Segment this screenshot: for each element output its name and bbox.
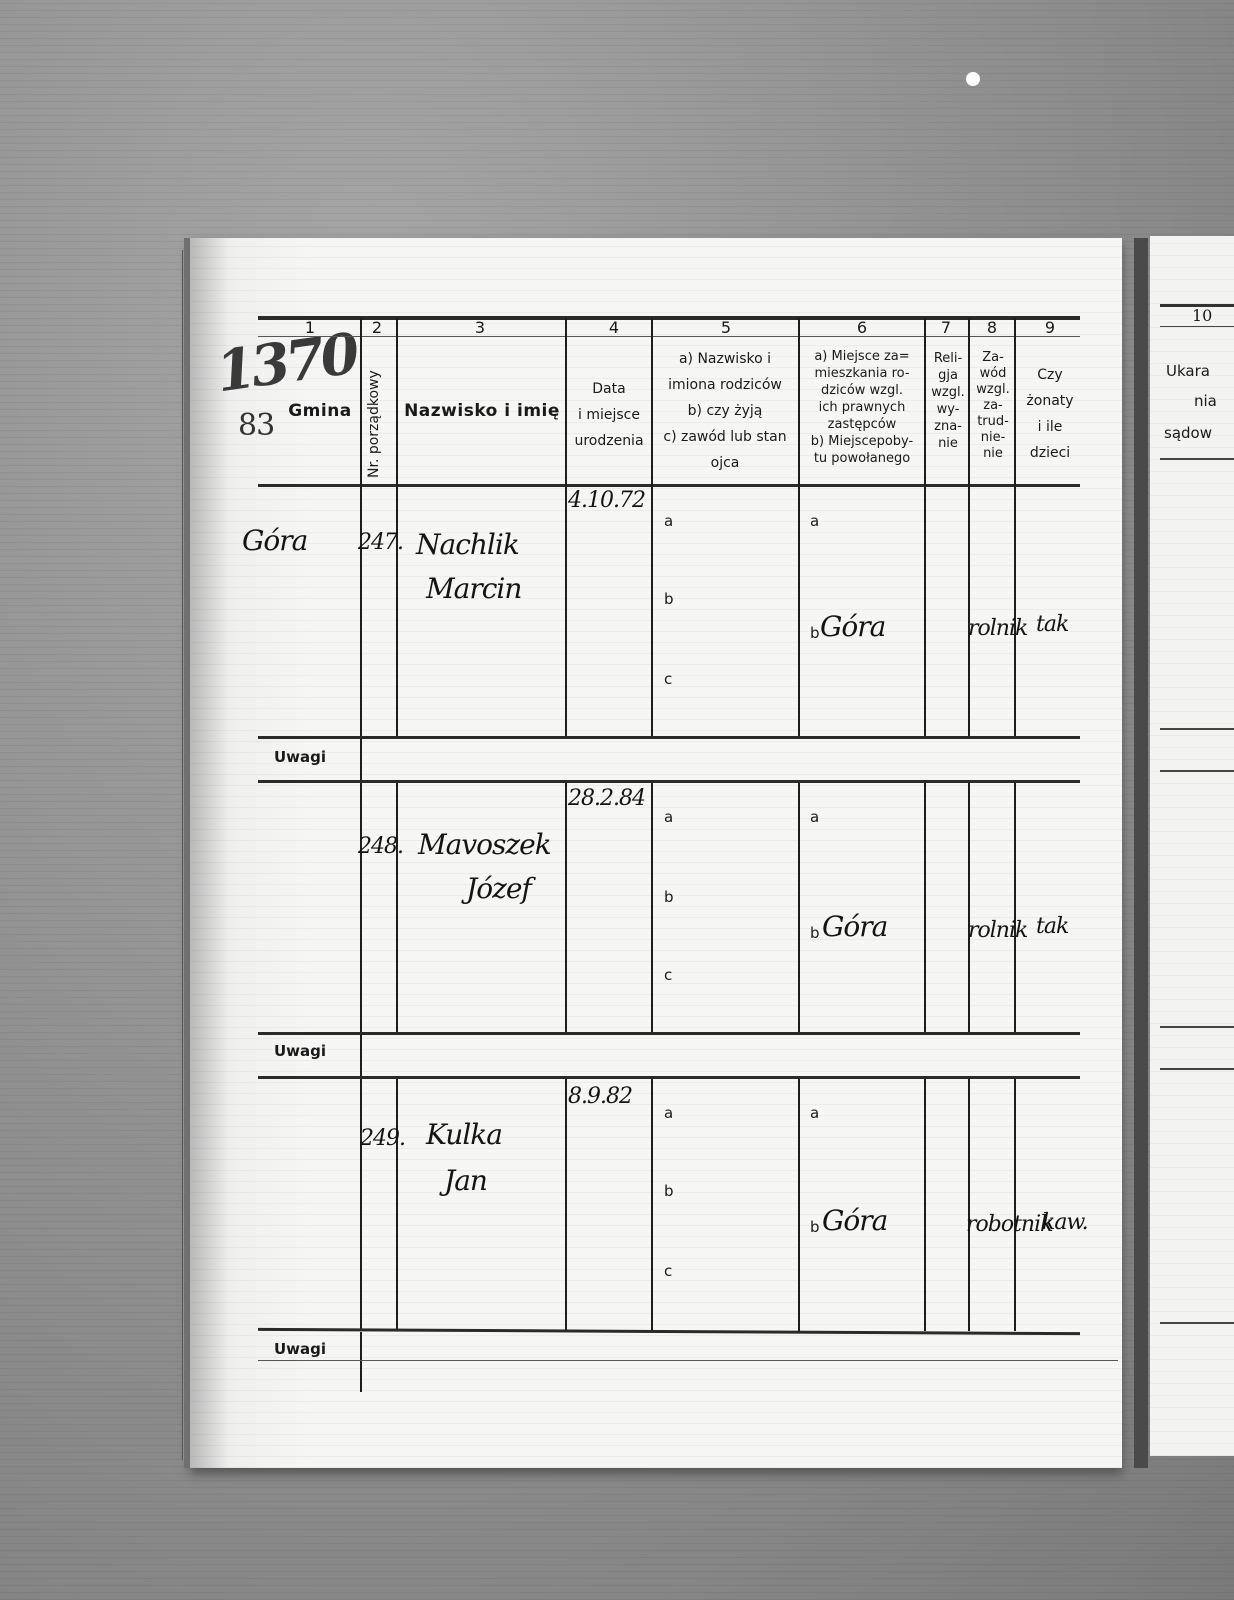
col-divider [651, 783, 653, 1033]
header-line: trud- [971, 414, 1015, 430]
col-divider [565, 783, 567, 1033]
scan-artifact [966, 72, 980, 86]
entry-1-label-c: c [664, 670, 672, 688]
col-divider [968, 1079, 970, 1331]
col-divider [924, 783, 926, 1033]
remarks-divider [360, 1332, 362, 1392]
remarks-1-bottom-rule [258, 780, 1080, 783]
header-line: wód [971, 366, 1015, 382]
entry-3-bottom-rule [258, 1328, 1080, 1335]
next-page-number-rule [1160, 326, 1234, 327]
col-divider [565, 318, 567, 736]
column-number-1: 1 [290, 318, 330, 337]
entry-3-res-label-a: a [810, 1104, 819, 1122]
col-divider [924, 1079, 926, 1331]
entry-2-nr: 248. [358, 834, 403, 859]
entry-2-res-label-a: a [810, 808, 819, 826]
col-divider [968, 318, 970, 736]
header-line: nie [926, 435, 970, 452]
entry-1-occupation: rolnik [968, 616, 1027, 641]
header-line: Reli- [926, 350, 970, 367]
entry-1-married: tak [1036, 612, 1068, 637]
header-married: Czy żonaty i ile dzieci [1018, 362, 1082, 466]
entry-2-bottom-rule [258, 1032, 1080, 1035]
header-line: i miejsce [566, 402, 652, 428]
entry-1-given-name: Marcin [426, 572, 521, 605]
column-number-6: 6 [842, 318, 882, 337]
remarks-3-line [258, 1360, 1118, 1361]
col-divider [360, 783, 362, 1033]
page-number: 83 [238, 408, 274, 443]
entry-1-res-label-a: a [810, 512, 819, 530]
header-nr-porzadkowy: Nr. porządkowy [366, 370, 382, 478]
entry-1-remarks-label: Uwagi [274, 748, 326, 766]
header-line: urodzenia [566, 428, 652, 454]
header-line: ich prawnych [800, 399, 924, 416]
header-birth: Data i miejsce urodzenia [566, 376, 652, 454]
col-divider [924, 318, 926, 736]
book-binding [1134, 238, 1148, 1468]
header-line: Za- [971, 350, 1015, 366]
col-divider [798, 318, 800, 736]
header-line: wy- [926, 401, 970, 418]
col-divider [360, 1079, 362, 1331]
header-line: dziców wzgl. [800, 382, 924, 399]
column-number-7: 7 [926, 318, 966, 337]
header-line: zna- [926, 418, 970, 435]
header-line: i ile [1018, 414, 1082, 440]
header-line: imiona rodziców [652, 372, 798, 398]
header-line: mieszkania ro- [800, 365, 924, 382]
header-line: b) Miejscepoby- [800, 433, 924, 450]
entry-3-given-name: Jan [444, 1164, 487, 1197]
entry-3-nr: 249. [360, 1126, 405, 1151]
col-divider [396, 1079, 398, 1331]
entry-2-residence: Góra [822, 910, 887, 943]
next-page-rule [1160, 1322, 1234, 1324]
entry-1-res-label-b: b [810, 624, 820, 642]
header-line: za- [971, 398, 1015, 414]
header-line: wzgl. [971, 382, 1015, 398]
header-line: Czy [1018, 362, 1082, 388]
col-divider [651, 1079, 653, 1331]
entry-2-occupation: rolnik [968, 918, 1027, 943]
header-line: gja [926, 367, 970, 384]
col-divider [798, 1079, 800, 1331]
entry-1-bottom-rule [258, 736, 1080, 739]
col-divider [565, 1079, 567, 1331]
register-page: 1370 83 1 2 3 4 5 6 7 8 9 Gmina Nr. porz… [190, 238, 1122, 1468]
entry-1-gmina: Góra [242, 524, 307, 557]
entry-3-label-c: c [664, 1262, 672, 1280]
column-number-9: 9 [1030, 318, 1070, 337]
entry-2-label-b: b [664, 888, 674, 906]
header-line: c) zawód lub stan [652, 424, 798, 450]
next-page-fragment: 10 Ukara nia sądow [1150, 236, 1234, 1456]
next-page-header-line-3: sądow [1164, 424, 1212, 442]
entry-3-remarks-label: Uwagi [274, 1340, 326, 1358]
header-line: tu powołanego [800, 450, 924, 467]
remarks-divider [360, 1034, 362, 1076]
col-divider [396, 318, 398, 736]
header-line: nie- [971, 430, 1015, 446]
header-line: nie [971, 446, 1015, 462]
next-page-header-line-1: Ukara [1166, 362, 1210, 380]
next-page-header-rule [1160, 458, 1234, 460]
header-line: a) Nazwisko i [652, 346, 798, 372]
next-page-header-line-2: nia [1194, 392, 1217, 410]
entry-2-birth-date: 28.2.84 [568, 786, 645, 811]
entry-2-label-a: a [664, 808, 673, 826]
col-divider [1014, 318, 1016, 736]
header-line: żonaty [1018, 388, 1082, 414]
entry-1-residence: Góra [820, 610, 885, 643]
next-page-column-number: 10 [1192, 306, 1212, 325]
col-divider [968, 783, 970, 1033]
header-line: dzieci [1018, 440, 1082, 466]
entry-1-nr: 247. [358, 530, 403, 555]
header-occupation: Za- wód wzgl. za- trud- nie- nie [971, 350, 1015, 462]
col-divider [798, 783, 800, 1033]
entry-2-label-c: c [664, 966, 672, 984]
column-number-3: 3 [460, 318, 500, 337]
entry-2-surname: Mavoszek [418, 828, 551, 861]
entry-3-surname: Kulka [426, 1118, 502, 1151]
entry-2-given-name: Józef [466, 872, 531, 905]
header-nazwisko-imie: Nazwisko i imię [402, 402, 562, 421]
header-parents: a) Nazwisko i imiona rodziców b) czy żyj… [652, 346, 798, 476]
header-line: a) Miejsce za= [800, 348, 924, 365]
entry-3-residence: Góra [822, 1204, 887, 1237]
page-stack-edge [182, 250, 189, 1460]
header-bottom-rule [258, 484, 1080, 487]
remarks-2-bottom-rule [258, 1076, 1080, 1079]
col-divider [1014, 1079, 1016, 1331]
header-gmina: Gmina [280, 402, 360, 421]
entry-1-surname: Nachlik [416, 528, 519, 561]
entry-3-birth-date: 8.9.82 [568, 1084, 632, 1109]
entry-3-label-b: b [664, 1182, 674, 1200]
entry-1-label-a: a [664, 512, 673, 530]
next-page-rule [1160, 1068, 1234, 1070]
column-number-5: 5 [706, 318, 746, 337]
col-divider [1014, 783, 1016, 1033]
entry-3-married: kaw. [1042, 1210, 1088, 1235]
col-divider [651, 318, 653, 736]
header-line: wzgl. [926, 384, 970, 401]
column-number-4: 4 [594, 318, 634, 337]
header-line: ojca [652, 450, 798, 476]
header-religion: Reli- gja wzgl. wy- zna- nie [926, 350, 970, 452]
next-page-rule [1160, 1026, 1234, 1028]
entry-2-remarks-label: Uwagi [274, 1042, 326, 1060]
col-divider [396, 783, 398, 1033]
entry-3-res-label-b: b [810, 1218, 820, 1236]
column-number-2: 2 [362, 318, 392, 337]
entry-1-label-b: b [664, 590, 674, 608]
col-divider [360, 318, 362, 736]
header-line: b) czy żyją [652, 398, 798, 424]
header-line: zastępców [800, 416, 924, 433]
header-line: Data [566, 376, 652, 402]
header-residence: a) Miejsce za= mieszkania ro- dziców wzg… [800, 348, 924, 467]
entry-3-label-a: a [664, 1104, 673, 1122]
entry-3-occupation: robotnik [966, 1212, 1052, 1237]
entry-1-birth-date: 4.10.72 [568, 488, 645, 513]
column-number-8: 8 [972, 318, 1012, 337]
entry-2-married: tak [1036, 914, 1068, 939]
remarks-divider [360, 738, 362, 780]
entry-2-res-label-b: b [810, 924, 820, 942]
next-page-rule [1160, 728, 1234, 730]
next-page-rule [1160, 770, 1234, 772]
folio-number: 1370 [212, 321, 360, 406]
